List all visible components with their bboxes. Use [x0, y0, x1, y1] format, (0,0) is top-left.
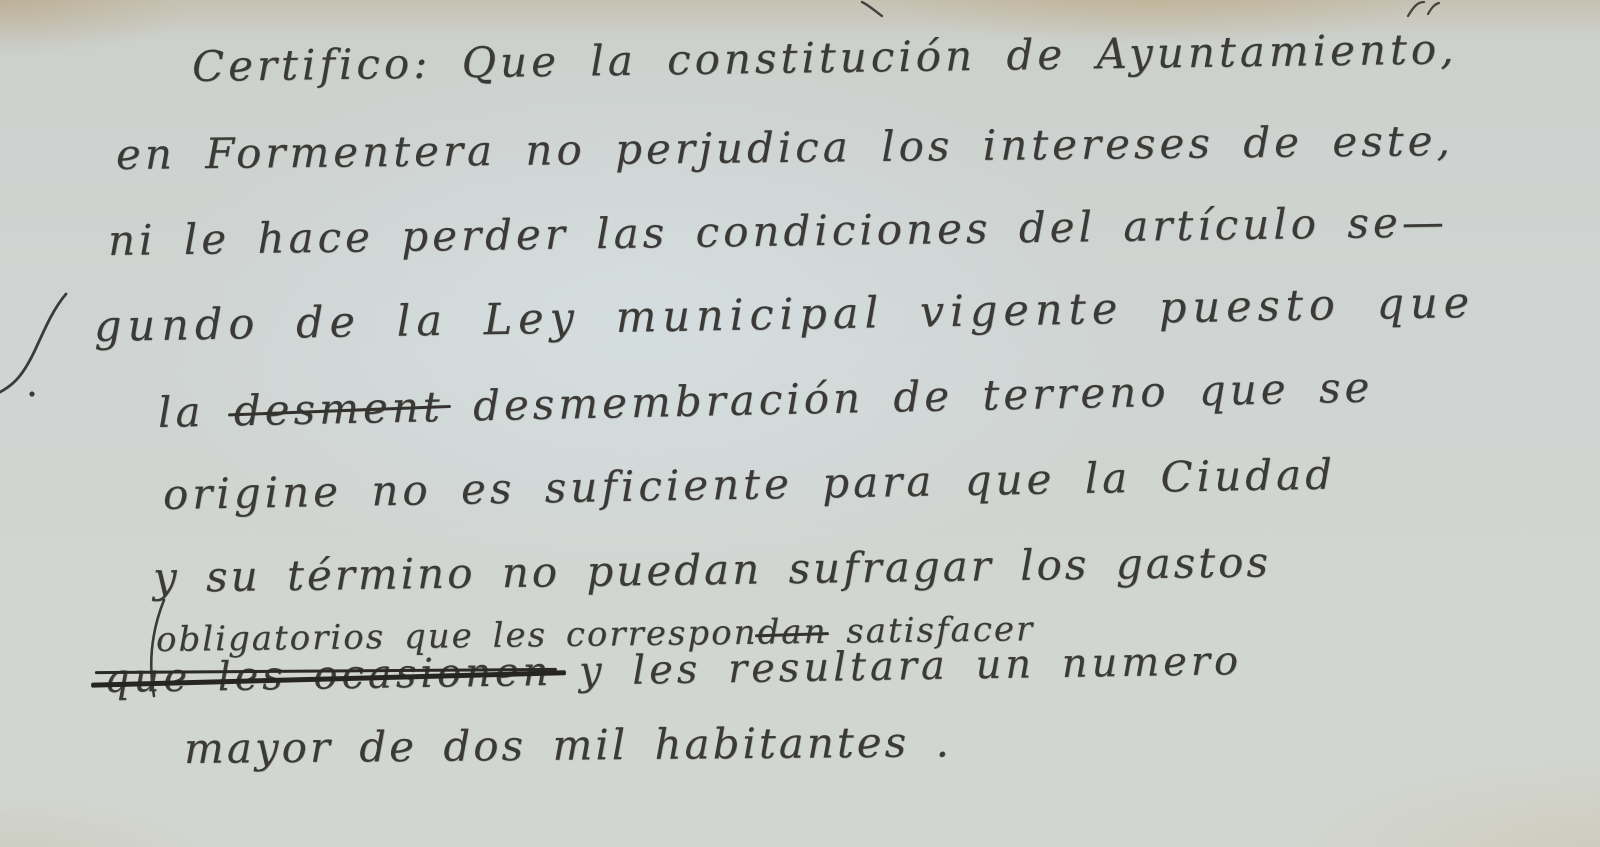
struck-text-segment: que les ocasionen	[104, 649, 553, 702]
manuscript-line-2: en Formentera no perjudica los intereses…	[116, 116, 1454, 179]
manuscript-line-5: la desment desmembración de terreno que …	[157, 363, 1373, 437]
text-segment: y su término no puedan sufragar los gast…	[153, 537, 1272, 602]
margin-rubric-mark	[0, 282, 94, 412]
text-segment: en Formentera no perjudica los intereses…	[116, 116, 1454, 179]
cropped-stroke-top-left	[858, 0, 888, 18]
manuscript-line-7: y su término no puedan sufragar los gast…	[153, 537, 1272, 602]
text-segment: mayor de dos mil habitantes .	[184, 717, 952, 773]
text-segment: la	[157, 386, 234, 437]
text-segment: ni le hace perder las condiciones del ar…	[108, 197, 1448, 265]
manuscript-line-6: origine no es suficiente para que la Ciu…	[163, 450, 1337, 519]
text-segment: y les resultara un numero	[552, 638, 1242, 695]
text-segment: desmembración de terreno que se	[443, 363, 1374, 431]
cropped-stroke-top-right	[1402, 0, 1442, 20]
manuscript-page: Certifico: Que la constitución de Ayunta…	[0, 0, 1600, 847]
manuscript-line-4: gundo de la Ley municipal vigente puesto…	[94, 278, 1476, 352]
manuscript-line-10: mayor de dos mil habitantes .	[184, 717, 952, 773]
text-segment: Certifico: Que la constitución de Ayunta…	[192, 24, 1458, 91]
manuscript-line-3: ni le hace perder las condiciones del ar…	[108, 197, 1448, 265]
text-segment: gundo de la Ley municipal vigente puesto…	[94, 278, 1476, 352]
struck-text-segment: desment	[233, 382, 444, 435]
manuscript-line-1: Certifico: Que la constitución de Ayunta…	[192, 24, 1458, 91]
text-segment: origine no es suficiente para que la Ciu…	[163, 450, 1337, 519]
